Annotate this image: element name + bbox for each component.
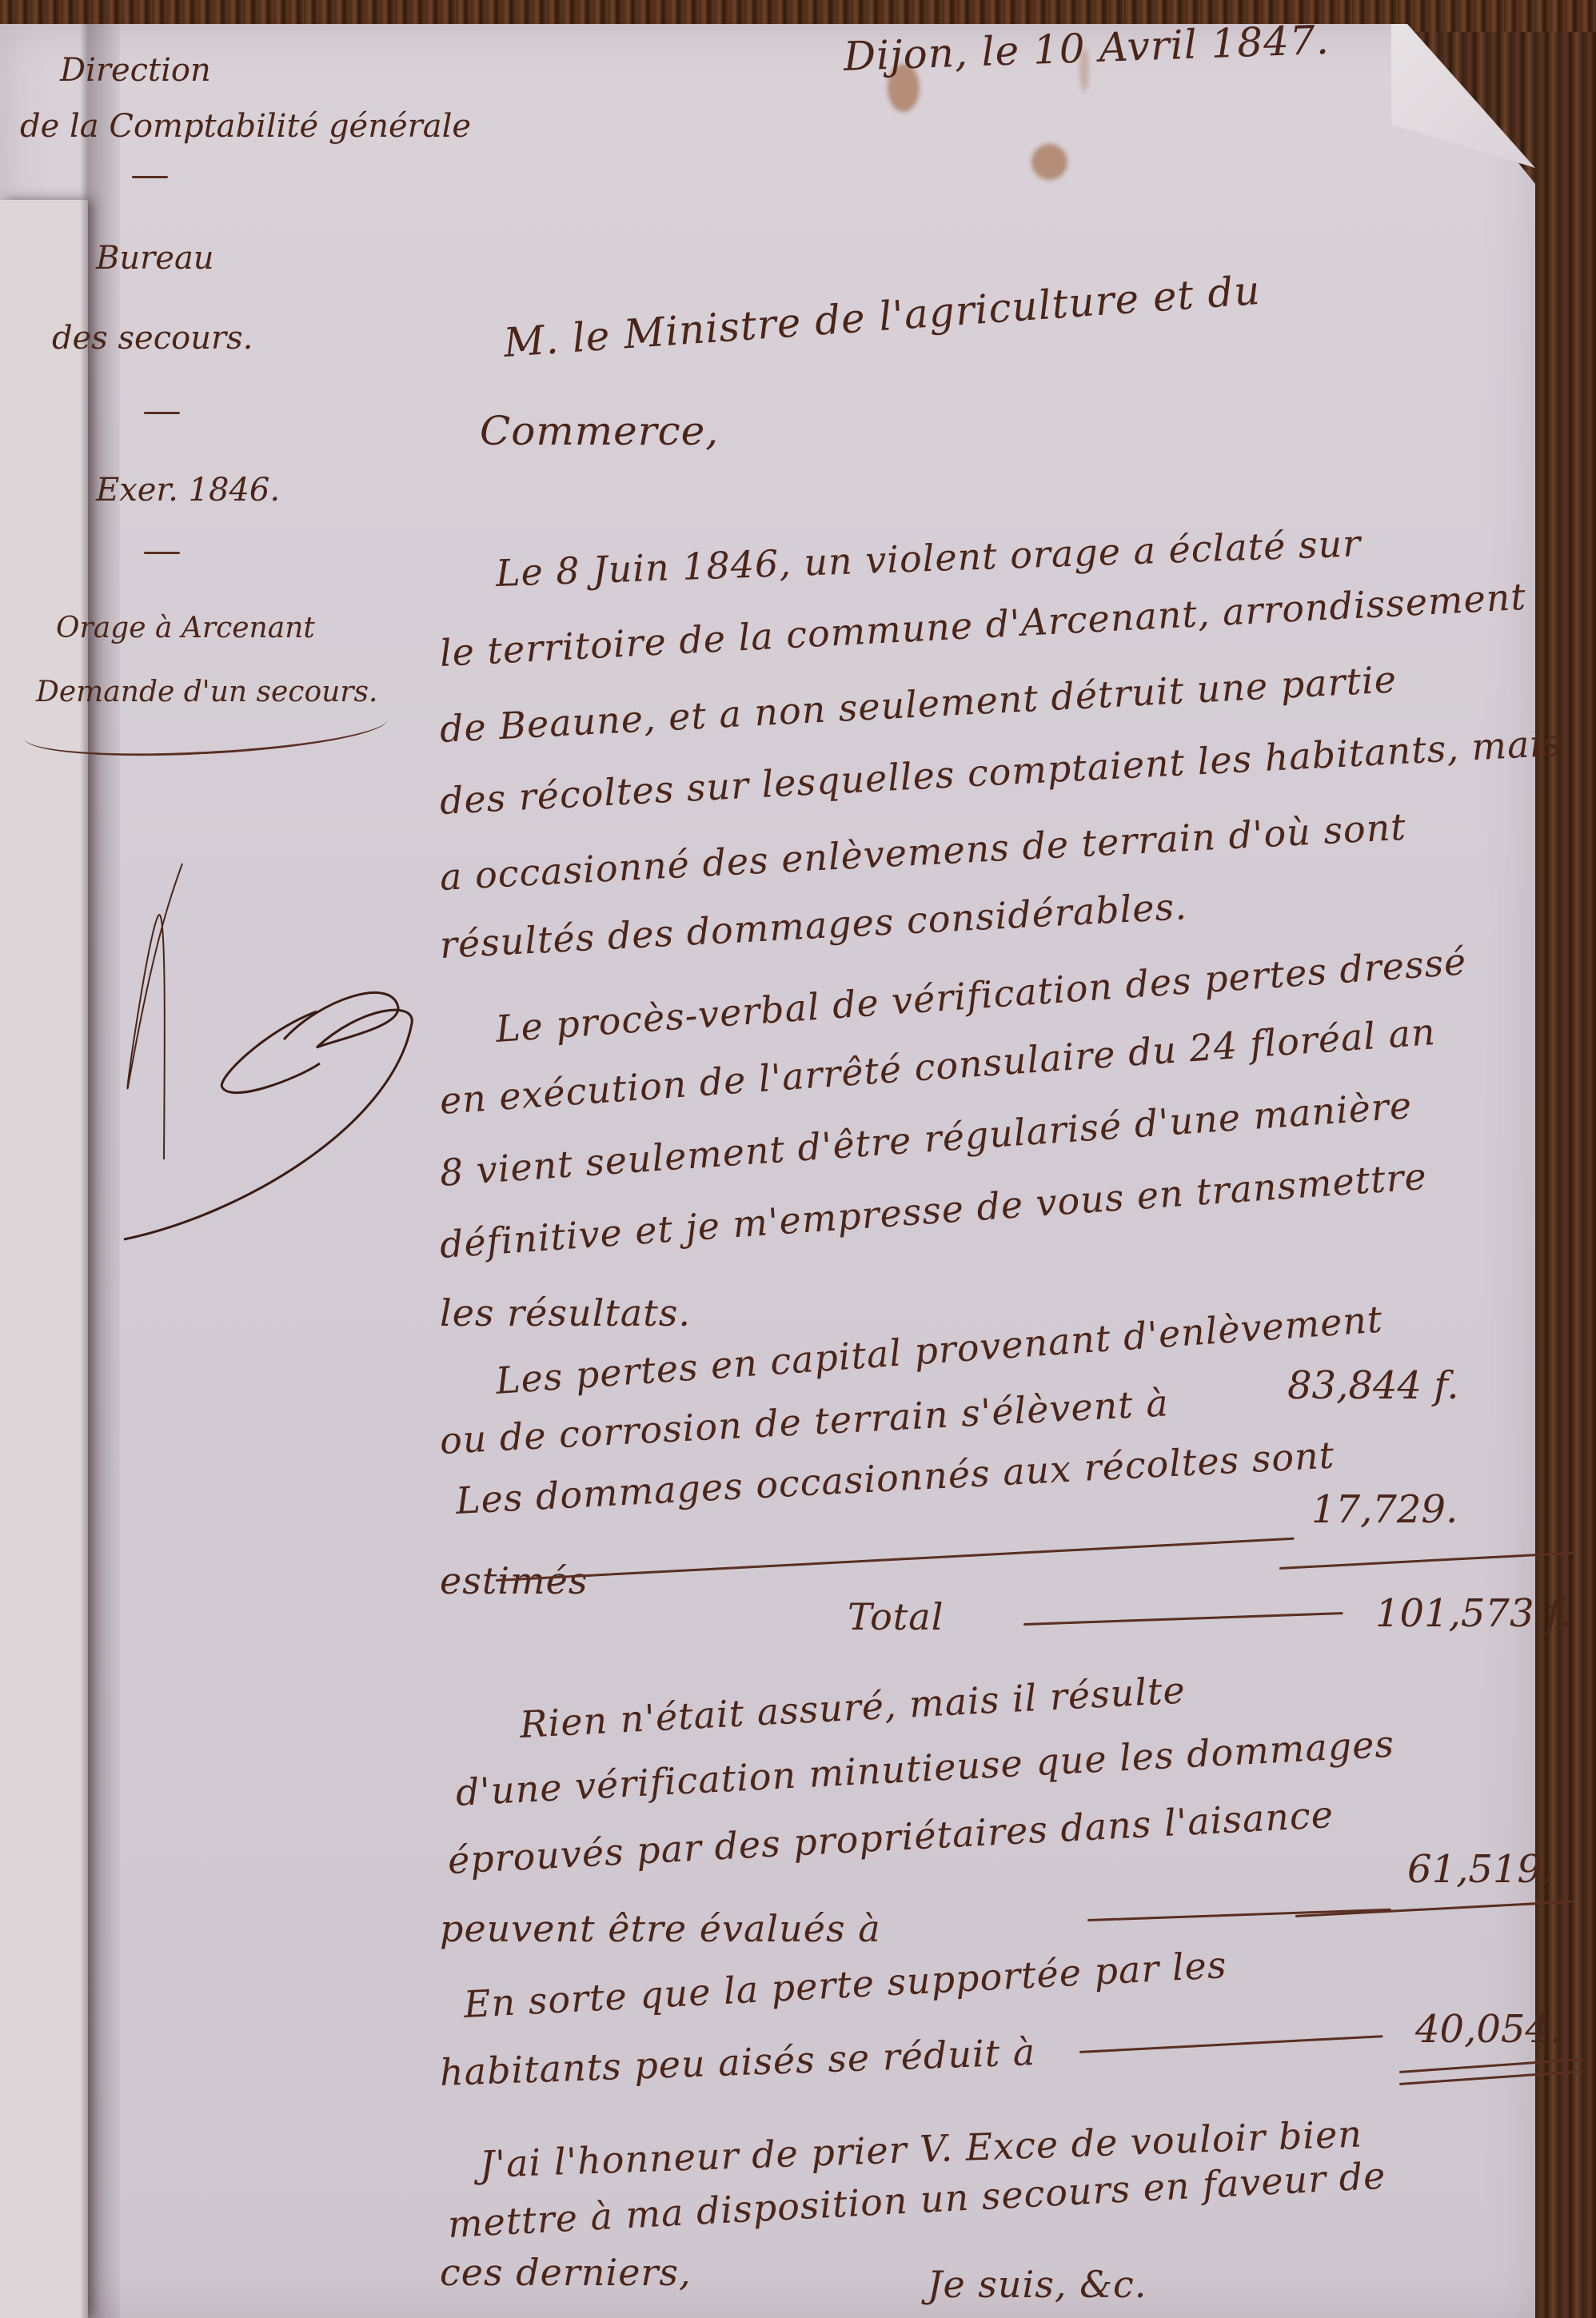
underlying-sheet [0,200,88,2318]
closing-formula: Je suis, &c. [928,2263,1147,2306]
amount-crop-damages: 17,729. [1311,1487,1458,1532]
margin-direction: Direction [60,52,211,89]
addressee-line2: Commerce, [480,408,719,454]
body-line: estimés [440,1559,588,1602]
total-label: Total [848,1595,944,1638]
margin-divider [132,176,168,178]
margin-department: de la Comptabilité générale [20,108,471,145]
margin-divider [144,552,180,554]
ink-stain [1031,144,1067,180]
margin-exercise: Exer. 1846. [96,472,280,509]
amount-total: 101,573 f. [1375,1591,1571,1636]
body-line: ces derniers, [440,2251,692,2294]
margin-bureau-line1: Bureau [96,240,214,277]
body-line: peuvent être évalués à [440,1907,881,1950]
body-line: les résultats. [440,1291,691,1335]
amount-capital-losses: 83,844 f. [1287,1363,1459,1408]
margin-subject-line1: Orage à Arcenant [56,612,315,644]
margin-divider [144,412,180,414]
amount-well-off-owners: 61,519. [1407,1847,1554,1892]
amount-poor-inhabitants: 40,054. [1415,2007,1562,2052]
margin-bureau-line2: des secours. [52,320,253,357]
folio-number-flourish [80,840,416,1287]
